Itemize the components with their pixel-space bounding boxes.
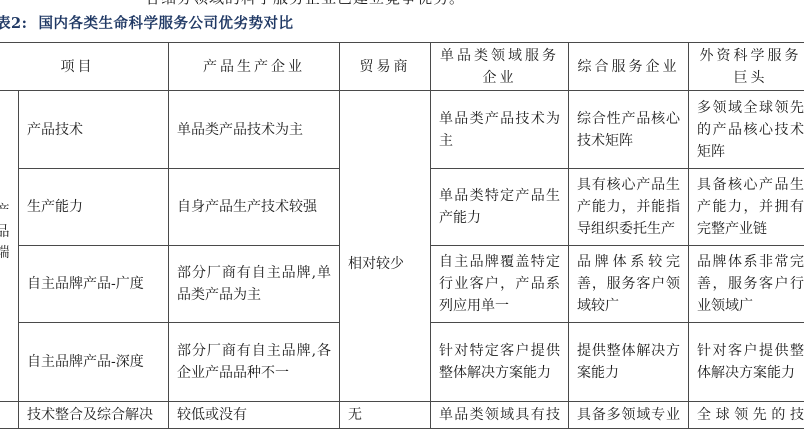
clipped-paragraph-fragment: 各细分领域的科学服务企业已建立竞争优势。 <box>145 0 465 8</box>
cell-r1-manufacturer: 单品类产品技术为主 <box>169 91 340 169</box>
cell-r3-manufacturer: 部分厂商有自主品牌,单品类产品为主 <box>169 246 340 323</box>
cell-r3-foreign: 品牌体系非常完善，服务客户行业领域广 <box>689 246 804 323</box>
comparison-table: 项目 产品生产企业 贸易商 单品类领域服务企业 综合服务企业 外资科学服务巨头 … <box>0 42 804 429</box>
header-foreign-giant: 外资科学服务巨头 <box>689 43 804 91</box>
document-canvas: 各细分领域的科学服务企业已建立竞争优势。 表2: 国内各类生命科学服务公司优劣势… <box>0 0 804 445</box>
cell-r4-item: 自主品牌产品-深度 <box>19 323 169 402</box>
header-single-service: 单品类领域服务企业 <box>431 43 569 91</box>
cell-r1-foreign: 多领域全球领先的产品核心技术矩阵 <box>689 91 804 169</box>
cell-r3-item: 自主品牌产品-广度 <box>19 246 169 323</box>
cell-r2-integrated: 具有核心产品生产能力，并能指导组织委托生产 <box>569 169 689 246</box>
cell-r5-item: 技术整合及综合解决 <box>19 402 169 429</box>
cell-r3-integrated: 品牌体系较完善，服务客户领域较广 <box>569 246 689 323</box>
cell-r4-single: 针对特定客户提供整体解决方案能力 <box>431 323 569 402</box>
header-trader: 贸易商 <box>340 43 431 91</box>
cell-trader-merged: 相对较少 <box>340 91 431 402</box>
cell-r1-integrated: 综合性产品核心技术矩阵 <box>569 91 689 169</box>
cell-r5-integrated: 具备多领域专业 <box>569 402 689 429</box>
cell-r5-manufacturer: 较低或没有 <box>169 402 340 429</box>
row-group-label-product-side: 产品端 <box>0 91 19 402</box>
cell-r4-manufacturer: 部分厂商有自主品牌,各企业产品品种不一 <box>169 323 340 402</box>
header-integrated-service: 综合服务企业 <box>569 43 689 91</box>
cell-r4-foreign: 针对客户提供整体解决方案能力 <box>689 323 804 402</box>
cell-r5-single: 单品类领域具有技 <box>431 402 569 429</box>
header-item: 项目 <box>0 43 169 91</box>
cell-r1-item: 产品技术 <box>19 91 169 169</box>
cell-r4-integrated: 提供整体解决方案能力 <box>569 323 689 402</box>
table-title: 表2: 国内各类生命科学服务公司优劣势对比 <box>0 12 294 33</box>
cell-r5-group-spacer <box>0 402 19 429</box>
cell-r5-foreign: 全球领先的技 <box>689 402 804 429</box>
cell-r1-single: 单品类产品技术为主 <box>431 91 569 169</box>
header-manufacturer: 产品生产企业 <box>169 43 340 91</box>
cell-r5-trader: 无 <box>340 402 431 429</box>
cell-r2-item: 生产能力 <box>19 169 169 246</box>
cell-r2-manufacturer: 自身产品生产技术较强 <box>169 169 340 246</box>
cell-r2-single: 单品类特定产品生产能力 <box>431 169 569 246</box>
cell-r2-foreign: 具备核心产品生产能力，并拥有完整产业链 <box>689 169 804 246</box>
cell-r3-single: 自主品牌覆盖特定行业客户，产品系列应用单一 <box>431 246 569 323</box>
